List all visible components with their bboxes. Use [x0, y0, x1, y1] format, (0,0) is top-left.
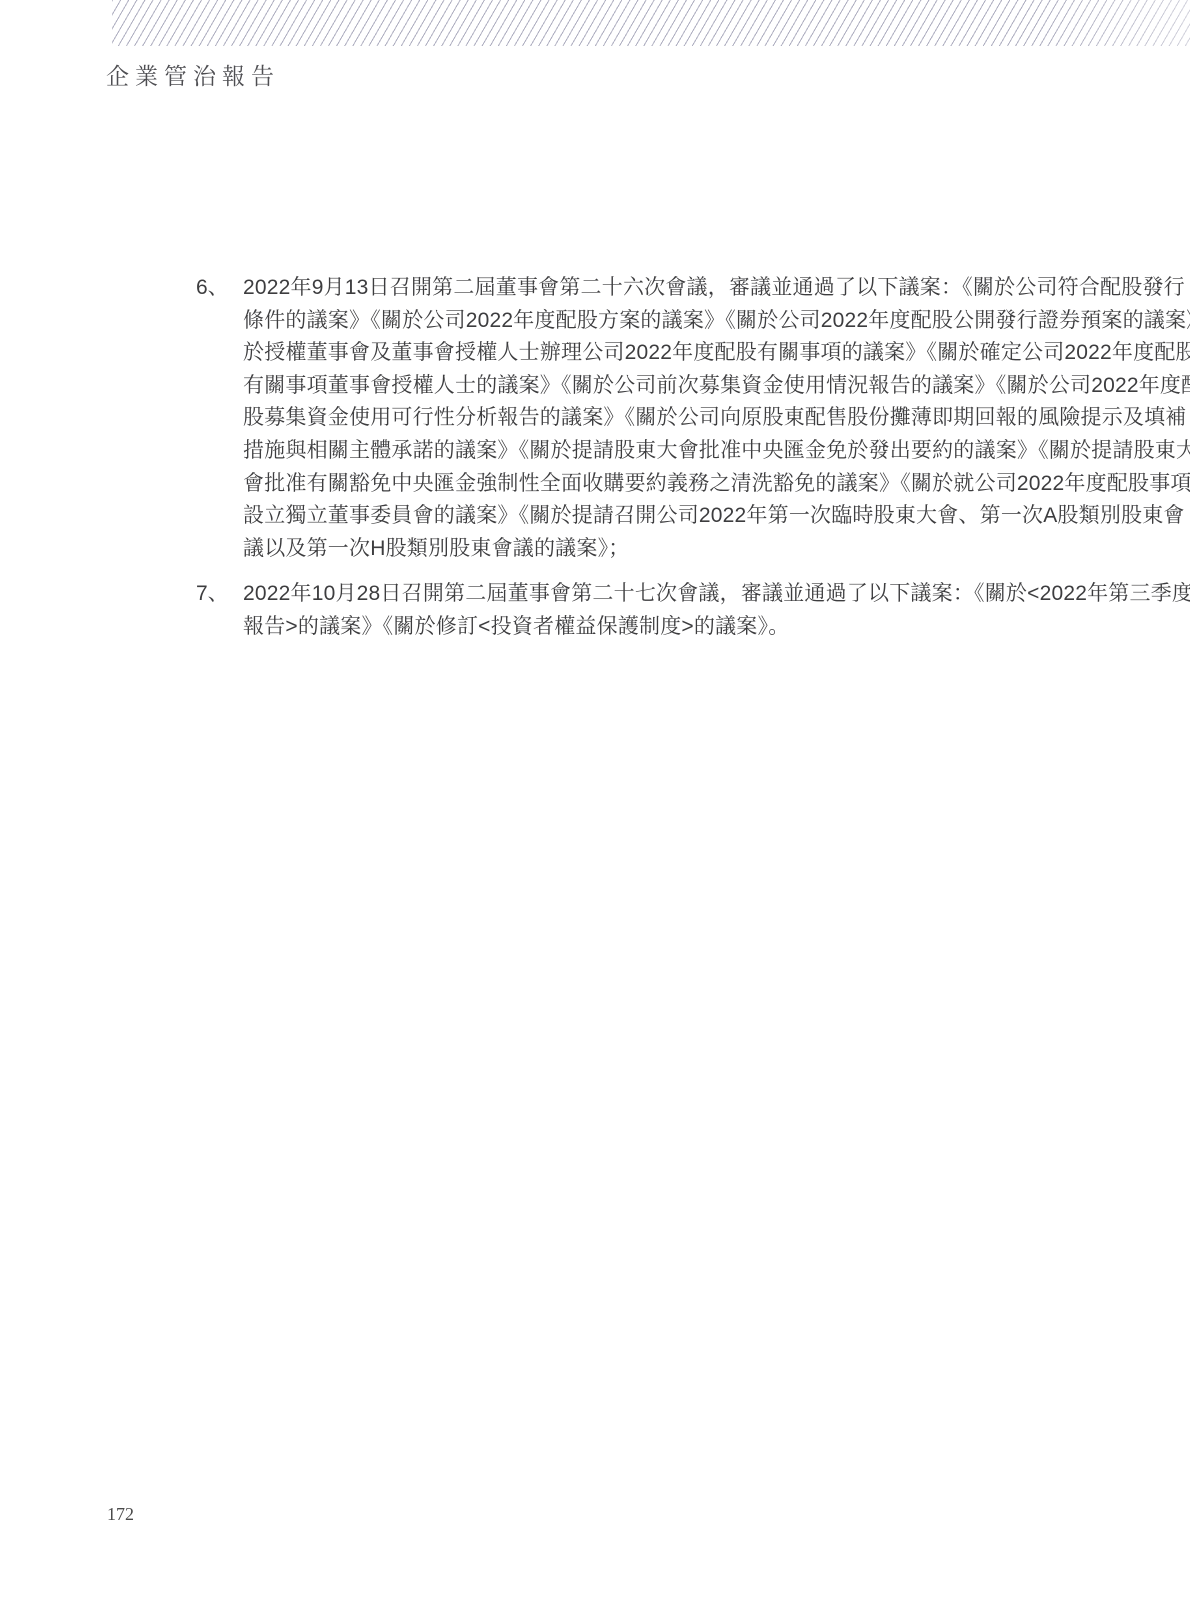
item-number: 6、 — [196, 272, 243, 305]
text-line: 會批准有關豁免中央匯金強制性全面收購要約義務之清洗豁免的議案》《關於就公司202… — [243, 468, 1190, 501]
text-line: 股募集資金使用可行性分析報告的議案》《關於公司向原股東配售股份攤薄即期回報的風險… — [243, 402, 1190, 435]
item-text: 2022年10月28日召開第二屆董事會第二十七次會議，審議並通過了以下議案：《關… — [243, 578, 1190, 643]
diagonal-hatch-banner — [112, 0, 1190, 46]
text-line: 2022年9月13日召開第二屆董事會第二十六次會議，審議並通過了以下議案：《關於… — [243, 272, 1190, 305]
board-meeting-resolutions-list: 6、2022年9月13日召開第二屆董事會第二十六次會議，審議並通過了以下議案：《… — [196, 272, 1096, 657]
text-line: 議以及第一次H股類別股東會議的議案》； — [243, 533, 1190, 566]
text-line: 措施與相關主體承諾的議案》《關於提請股東大會批准中央匯金免於發出要約的議案》《關… — [243, 435, 1190, 468]
list-item: 6、2022年9月13日召開第二屆董事會第二十六次會議，審議並通過了以下議案：《… — [196, 272, 1096, 565]
text-line: 2022年10月28日召開第二屆董事會第二十七次會議，審議並通過了以下議案：《關… — [243, 578, 1190, 611]
text-line: 報告>的議案》《關於修訂<投資者權益保護制度>的議案》。 — [243, 611, 1190, 644]
page-title: 企業管治報告 — [106, 58, 280, 91]
text-line: 條件的議案》《關於公司2022年度配股方案的議案》《關於公司2022年度配股公開… — [243, 305, 1190, 338]
text-line: 有關事項董事會授權人士的議案》《關於公司前次募集資金使用情況報告的議案》《關於公… — [243, 370, 1190, 403]
text-line: 設立獨立董事委員會的議案》《關於提請召開公司2022年第一次臨時股東大會、第一次… — [243, 500, 1190, 533]
report-page: 企業管治報告 6、2022年9月13日召開第二屆董事會第二十六次會議，審議並通過… — [0, 0, 1190, 1615]
text-line: 於授權董事會及董事會授權人士辦理公司2022年度配股有關事項的議案》《關於確定公… — [243, 337, 1190, 370]
page-number: 172 — [107, 1504, 134, 1525]
item-number: 7、 — [196, 578, 243, 611]
list-item: 7、2022年10月28日召開第二屆董事會第二十七次會議，審議並通過了以下議案：… — [196, 578, 1096, 643]
item-text: 2022年9月13日召開第二屆董事會第二十六次會議，審議並通過了以下議案：《關於… — [243, 272, 1190, 565]
